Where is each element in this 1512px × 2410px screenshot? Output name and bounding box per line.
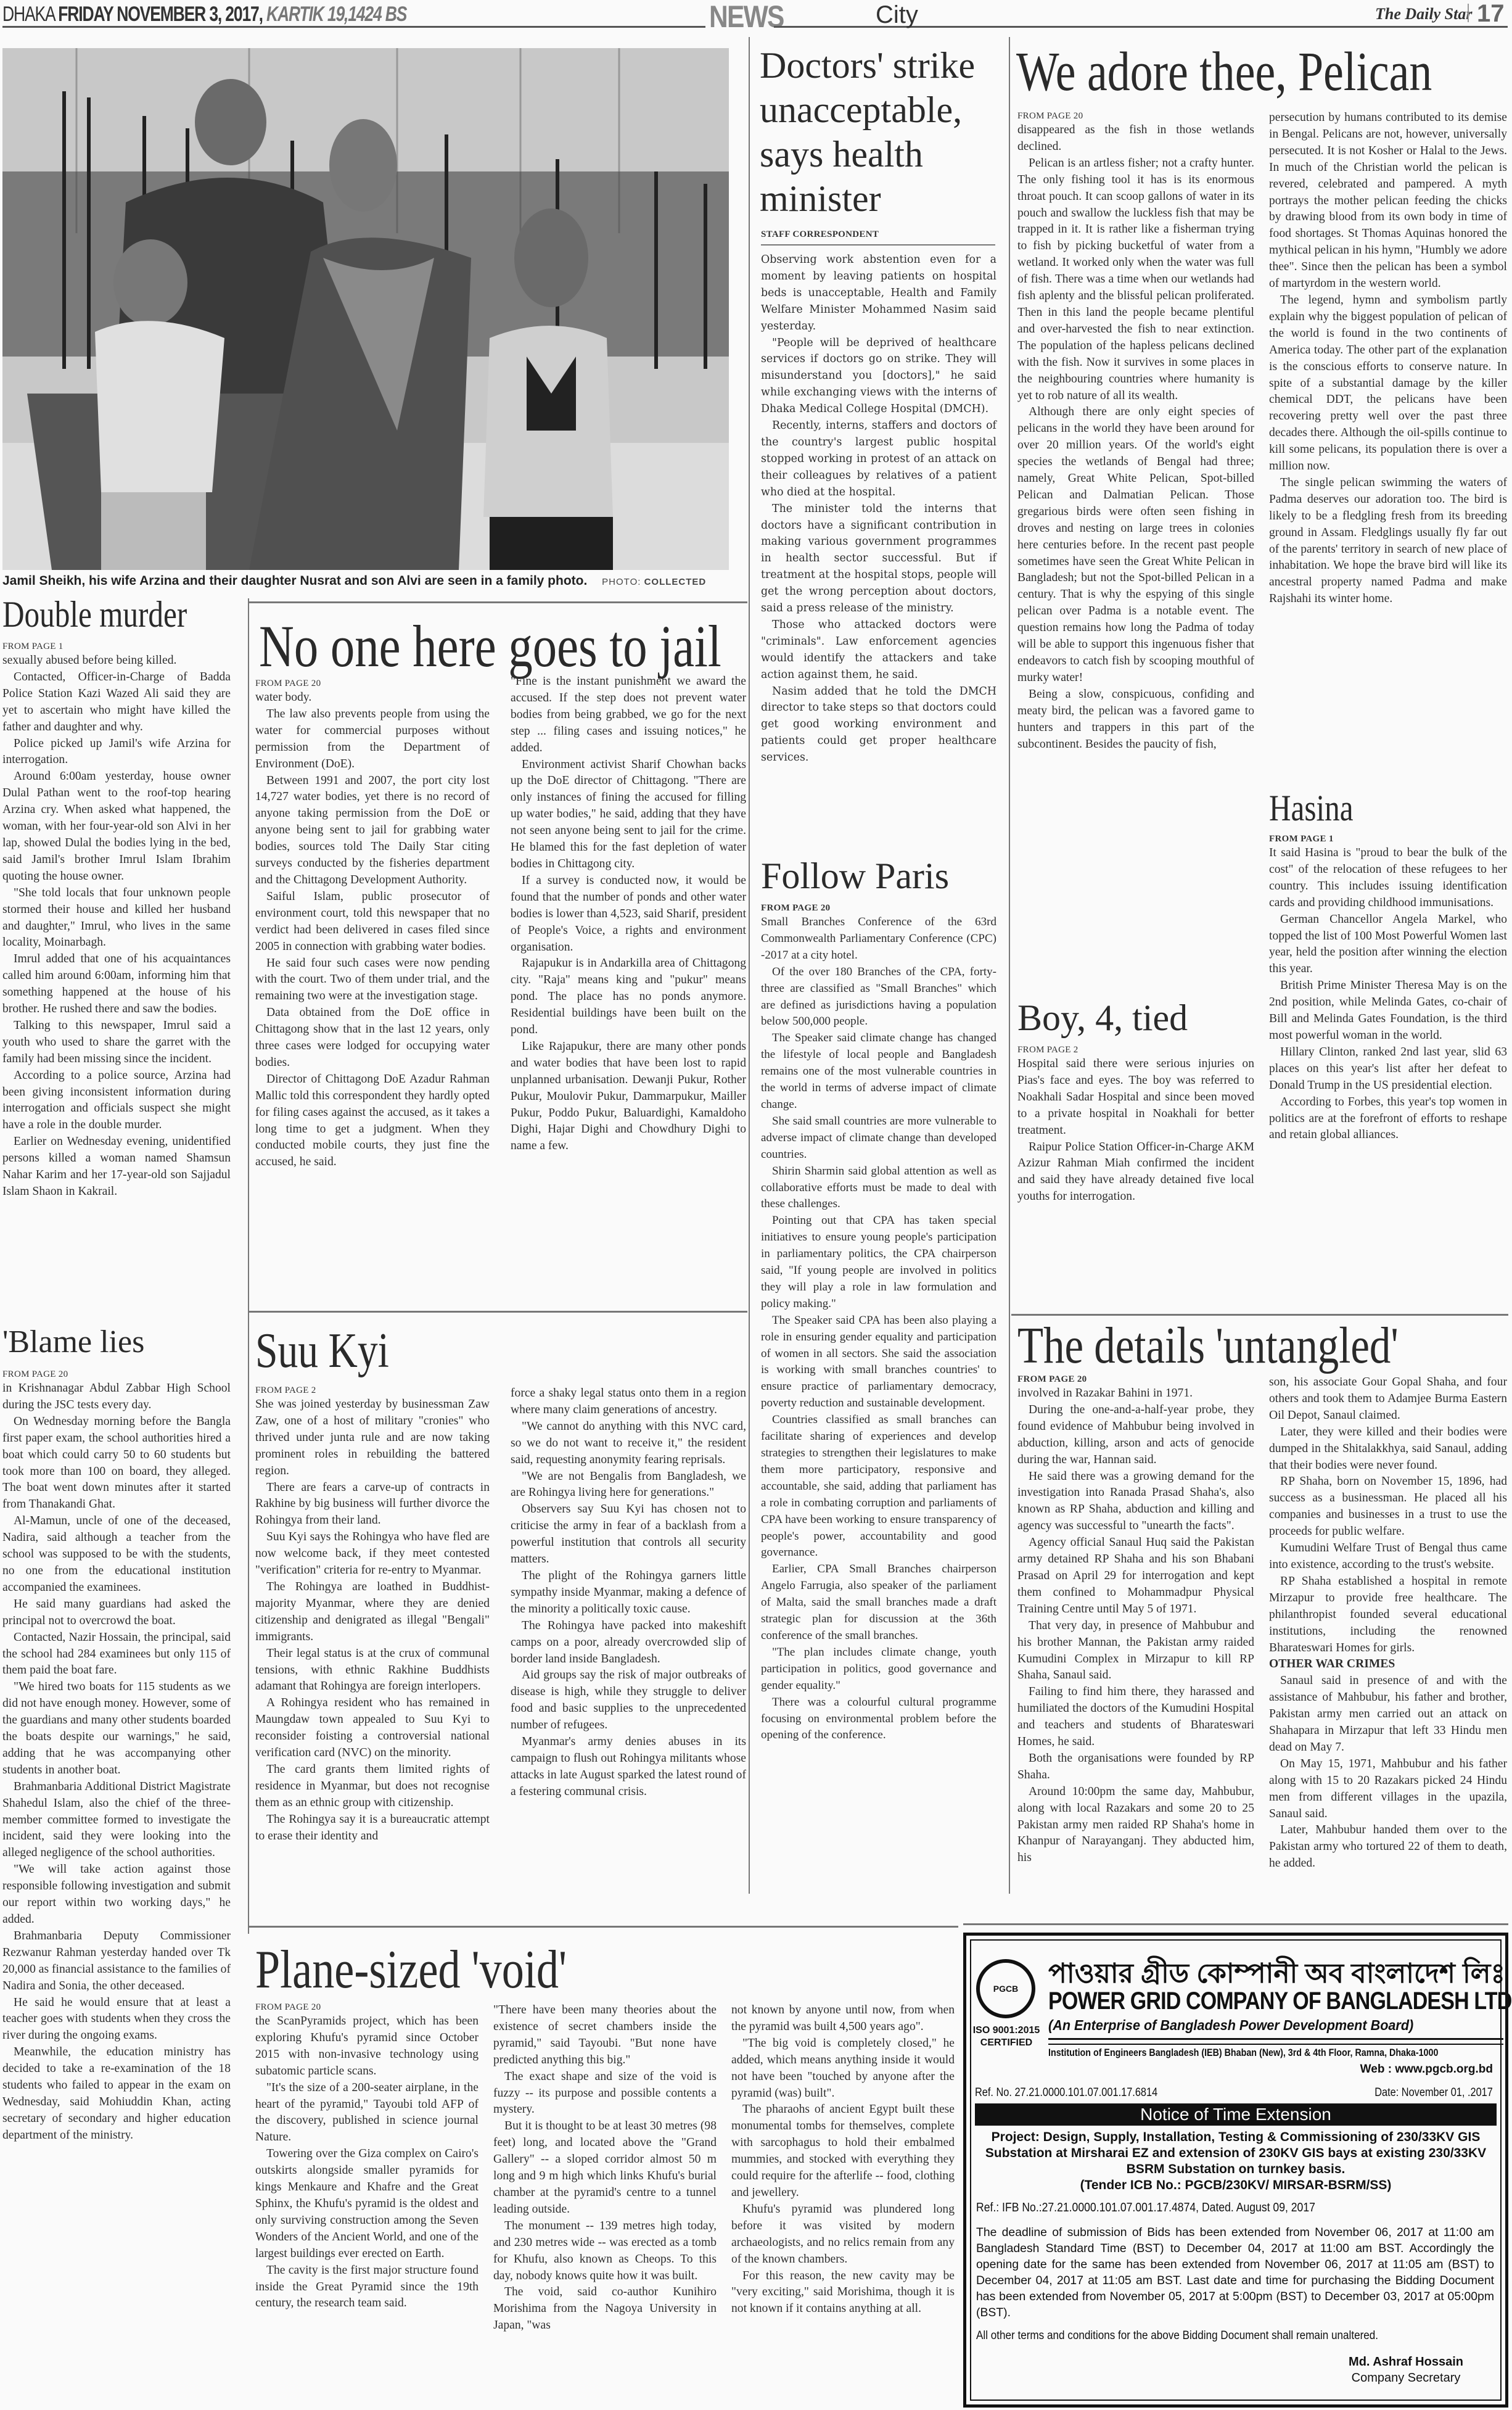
article-body-plane-void-col1: the ScanPyramids project, which has been… [255,2013,479,2312]
article-paragraph: He said many guardians had asked the pri… [2,1596,231,1630]
article-paragraph: He said there was a growing demand for t… [1017,1469,1254,1535]
article-paragraph: The legend, hymn and symbolism partly ex… [1269,292,1507,475]
article-paragraph: "We hired two boats for 115 students as … [2,1679,231,1778]
reference-number: Ref. No. 27.21.0000.101.07.001.17.6814 [975,2086,1157,2100]
iso-label: CERTIFIED [972,2037,1040,2049]
article-paragraph: There was a colourful cultural programme… [761,1694,996,1744]
notice-date: Date: November 01, .2017 [1374,2086,1493,2100]
headline-follow-paris: Follow Paris [761,857,949,894]
notice-body: The deadline of submission of Bids has b… [976,2224,1494,2321]
page-masthead: DHAKA FRIDAY NOVEMBER 3, 2017, KARTIK 19… [0,0,1512,30]
article-paragraph: The exact shape and size of the void is … [493,2069,717,2119]
article-paragraph: Khufu's pyramid was plundered long befor… [731,2202,955,2268]
kicker: FROM PAGE 20 [255,2002,321,2013]
article-paragraph: in Krishnanagar Abdul Zabbar High School… [2,1380,231,1414]
article-paragraph: The Rohingya are loathed in Buddhist-maj… [255,1579,490,1646]
kicker: FROM PAGE 20 [761,903,830,914]
project-description: Project: Design, Supply, Installation, T… [976,2129,1495,2193]
article-paragraph: "We cannot do anything with this NVC car… [511,1419,746,1469]
tender-number: (Tender ICB No.: PGCB/230KV/ MIRSAR-BSRM… [976,2177,1495,2193]
subsection-label: City [876,1,918,29]
article-body-plane-void-col2: "There have been many theories about the… [493,2002,717,2334]
article-paragraph: son, his associate Gour Gopal Shaha, and… [1269,1374,1507,1424]
article-paragraph: On May 15, 1971, Mahbubur and his father… [1269,1756,1507,1823]
article-paragraph: "We will take action against those respo… [2,1862,231,1928]
divider [1468,4,1469,22]
article-paragraph: Like Rajapukur, there are many other pon… [511,1039,746,1155]
article-paragraph: Hillary Clinton, ranked 2nd last year, s… [1269,1044,1507,1094]
article-paragraph: "Fine is the instant punishment we award… [511,674,746,757]
column-rule [1009,37,1010,1894]
article-paragraph: Saiful Islam, public prosecutor of envir… [255,889,490,955]
article-paragraph: The law also prevents people from using … [255,706,490,773]
article-paragraph: The Speaker said CPA has been also playi… [761,1313,996,1412]
article-paragraph: "There have been many theories about the… [493,2002,717,2069]
article-body-suu-kyi-col1: She was joined yesterday by businessman … [255,1397,490,1844]
article-paragraph: Imrul added that one of his acquaintance… [2,951,231,1018]
article-paragraph: Shirin Sharmin said global attention as … [761,1163,996,1213]
article-paragraph: Brahmanbaria Additional District Magistr… [2,1779,231,1862]
company-website: Web : www.pgcb.org.bd [1360,2063,1493,2076]
article-paragraph: On Wednesday morning before the Bangla f… [2,1414,231,1513]
dateline: DHAKA FRIDAY NOVEMBER 3, 2017, KARTIK 19… [2,2,406,27]
article-paragraph: sexually abused before being killed. [2,653,231,669]
article-paragraph: She said small countries are more vulner… [761,1113,996,1163]
article-paragraph: the ScanPyramids project, which has been… [255,2013,479,2080]
article-paragraph: Aid groups say the risk of major outbrea… [511,1667,746,1734]
photo-credit: PHOTO: COLLECTED [602,577,706,587]
article-paragraph: Those who attacked doctors were "crimina… [761,617,996,683]
article-paragraph: "She told locals that four unknown peopl… [2,885,231,952]
article-paragraph: The Rohingya say it is a bureaucratic at… [255,1812,490,1845]
headline-double-murder: Double murder [2,596,187,633]
article-paragraph: The card grants them limited rights of r… [255,1762,490,1812]
article-paragraph: Of the over 180 Branches of the CPA, for… [761,964,996,1031]
kicker: FROM PAGE 2 [255,1385,316,1396]
article-paragraph: Being a slow, conspicuous, confiding and… [1017,687,1254,753]
article-paragraph: Meanwhile, the education ministry has de… [2,2044,231,2144]
signatory-title: Company Secretary [1352,2371,1461,2385]
article-paragraph: "People will be deprived of healthcare s… [761,335,996,418]
article-paragraph: The monument -- 139 metres high today, a… [493,2218,717,2285]
section-label: NEWS [709,0,784,35]
article-paragraph: persecution by humans contributed to its… [1269,110,1507,292]
article-paragraph: It said Hasina is "proud to bear the bul… [1269,845,1507,912]
iso-number: ISO 9001:2015 [972,2024,1040,2037]
article-paragraph: involved in Razakar Bahini in 1971. [1017,1385,1254,1402]
section-rule [1011,1314,1508,1316]
article-paragraph: Later, they were killed and their bodies… [1269,1424,1507,1474]
photo-caption: Jamil Sheikh, his wife Arzina and their … [2,574,730,588]
article-paragraph: Their legal status is at the crux of com… [255,1646,490,1696]
kicker: FROM PAGE 1 [1269,834,1334,844]
article-body-suu-kyi-col2: force a shaky legal status onto them in … [511,1385,746,1801]
article-paragraph: He said four such cases were now pending… [255,955,490,1005]
headline-pelican: We adore thee, Pelican [1016,44,1432,100]
article-paragraph: RP Shaha, born on November 15, 1896, had… [1269,1474,1507,1540]
photo-credit-label: PHOTO: [602,577,641,587]
kicker: FROM PAGE 20 [1017,111,1083,122]
article-paragraph: Nasim added that he told the DMCH direct… [761,683,996,767]
ad-inner-border: PGCB ISO 9001:2015 CERTIFIED পাওয়ার গ্র… [970,1939,1502,2401]
article-body-hasina: It said Hasina is "proud to bear the bul… [1269,845,1507,1144]
article-paragraph: Agency official Sanaul Huq said the Paki… [1017,1535,1254,1618]
headline-suu-kyi: Suu Kyi [255,1326,389,1376]
article-paragraph: disappeared as the fish in those wetland… [1017,122,1254,155]
article-paragraph: The minister told the interns that docto… [761,501,996,617]
article-paragraph: The cavity is the first major structure … [255,2263,479,2313]
article-paragraph: For this reason, the new cavity may be "… [731,2268,955,2318]
article-paragraph: Around 6:00am yesterday, house owner Dul… [2,769,231,885]
article-paragraph: Pelican is an artless fisher; not a craf… [1017,155,1254,405]
page-number: 17 [1477,0,1505,28]
article-body-blame-lies: in Krishnanagar Abdul Zabbar High School… [2,1380,231,2144]
article-paragraph: Observers say Suu Kyi has chosen not to … [511,1501,746,1568]
article-paragraph: Rajapukur is in Andarkilla area of Chitt… [511,955,746,1039]
company-address: Institution of Engineers Bangladesh (IEB… [1048,2047,1438,2059]
article-paragraph: Police picked up Jamil's wife Arzina for… [2,736,231,769]
kicker: FROM PAGE 20 [255,679,321,689]
article-paragraph: Recently, interns, staffers and doctors … [761,418,996,501]
article-paragraph: Talking to this newspaper, Imrul said a … [2,1018,231,1068]
article-paragraph: "The big void is completely closed," he … [731,2036,955,2102]
article-paragraph: Environment activist Sharif Chowhan back… [511,757,746,873]
article-paragraph: Countries classified as small branches c… [761,1412,996,1561]
article-paragraph: Hospital said there were serious injurie… [1017,1056,1254,1139]
headline-blame-lies: 'Blame lies [2,1326,144,1358]
article-paragraph: According to Forbes, this year's top wom… [1269,1094,1507,1144]
article-paragraph: Both the organisations were founded by R… [1017,1751,1254,1784]
article-paragraph: Observing work abstention even for a mom… [761,252,996,335]
article-paragraph: RP Shaha established a hospital in remot… [1269,1574,1507,1657]
article-paragraph: The single pelican swimming the waters o… [1269,475,1507,608]
dateline-city: DHAKA [2,2,54,26]
family-photo [2,48,729,570]
kicker: FROM PAGE 20 [1017,1374,1087,1385]
article-paragraph: There are fears a carve-up of contracts … [255,1480,490,1530]
article-paragraph: If a survey is conducted now, it would b… [511,873,746,956]
article-paragraph: Earlier, CPA Small Branches chairperson … [761,1561,996,1644]
kicker: FROM PAGE 2 [1017,1045,1079,1055]
article-paragraph: The plight of the Rohingya garners littl… [511,1568,746,1618]
article-body-details-col1: involved in Razakar Bahini in 1971.Durin… [1017,1385,1254,1867]
headline-hasina: Hasina [1269,790,1354,827]
dateline-date: FRIDAY NOVEMBER 3, 2017, [58,2,263,26]
article-body-pelican-col1: disappeared as the fish in those wetland… [1017,122,1254,753]
article-paragraph: Director of Chittagong DoE Azadur Rahman… [255,1071,490,1171]
article-paragraph: Between 1991 and 2007, the port city los… [255,773,490,889]
article-paragraph: "The plan includes climate change, youth… [761,1644,996,1694]
article-paragraph: German Chancellor Angela Markel, who top… [1269,912,1507,978]
article-paragraph: Data obtained from the DoE office in Chi… [255,1005,490,1071]
article-paragraph: water body. [255,690,490,706]
article-paragraph: Failing to find him there, they harassed… [1017,1684,1254,1751]
article-paragraph: Myanmar's army denies abuses in its camp… [511,1734,746,1801]
article-paragraph: Pointing out that CPA has taken special … [761,1213,996,1312]
headline-no-one-jail: No one here goes to jail [259,617,721,676]
article-paragraph: Raipur Police Station Officer-in-Charge … [1017,1139,1254,1206]
article-body-doctors-strike: Observing work abstention even for a mom… [761,252,996,766]
signature-block: Md. Ashraf Hossain Company Secretary [1349,2354,1463,2386]
ifb-reference: Ref.: IFB No.:27.21.0000.101.07.001.17.4… [976,2201,1315,2215]
article-paragraph: A Rohingya resident who has remained in … [255,1695,490,1762]
article-paragraph: Although there are only eight species of… [1017,404,1254,686]
paper-logo: The Daily Star [1375,5,1472,23]
article-body-pelican-col2: persecution by humans contributed to its… [1269,110,1507,608]
notice-title: Notice of Time Extension [975,2103,1497,2126]
photo-credit-value: COLLECTED [644,577,707,587]
section-rule [963,1923,1508,1925]
article-paragraph: Towering over the Giza complex on Cairo'… [255,2146,479,2262]
double-rule [1048,2038,1503,2045]
article-paragraph: That very day, in presence of Mahbubur a… [1017,1618,1254,1685]
article-paragraph: The void, said co-author Kunihiro Morish… [493,2284,717,2334]
article-body-details-col2: son, his associate Gour Gopal Shaha, and… [1269,1374,1507,1872]
headline-plane-void: Plane-sized 'void' [255,1943,567,1997]
article-paragraph: The Rohingya have packed into makeshift … [511,1618,746,1668]
article-paragraph: force a shaky legal status onto them in … [511,1385,746,1419]
article-paragraph: Contacted, Officer-in-Charge of Badda Po… [2,669,231,736]
article-paragraph: Kumudini Welfare Trust of Bengal thus ca… [1269,1540,1507,1574]
section-rule [249,1311,747,1313]
article-body-plane-void-col3: not known by anyone until now, from when… [731,2002,955,2317]
article-body-boy-tied: Hospital said there were serious injurie… [1017,1056,1254,1205]
article-paragraph: Around 10:00pm the same day, Mahbubur, a… [1017,1784,1254,1867]
project-text: Project: Design, Supply, Installation, T… [976,2129,1495,2177]
pgcb-advertisement: PGCB ISO 9001:2015 CERTIFIED পাওয়ার গ্র… [963,1933,1508,2408]
article-paragraph: Earlier on Wednesday evening, unidentifi… [2,1134,231,1200]
article-paragraph: During the one-and-a-half-year probe, th… [1017,1402,1254,1469]
section-rule [249,1926,958,1928]
article-paragraph: Later, Mahbubur handed them over to the … [1269,1822,1507,1872]
headline-boy-tied: Boy, 4, tied [1017,999,1188,1036]
article-paragraph: OTHER WAR CRIMES [1269,1656,1507,1673]
iso-certification: ISO 9001:2015 CERTIFIED [972,2024,1040,2049]
article-paragraph: British Prime Minister Theresa May is on… [1269,978,1507,1044]
article-paragraph: The Speaker said climate change has chan… [761,1030,996,1113]
photo-caption-text: Jamil Sheikh, his wife Arzina and their … [2,574,587,588]
logo-text: PGCB [993,1984,1018,1994]
article-paragraph: Brahmanbaria Deputy Commissioner Rezwanu… [2,1928,231,1995]
article-body-no-one-jail-col1: water body.The law also prevents people … [255,690,490,1171]
article-paragraph: The pharaohs of ancient Egypt built thes… [731,2102,955,2201]
company-subtitle: (An Enterprise of Bangladesh Power Devel… [1048,2017,1413,2034]
article-paragraph: Small Branches Conference of the 63rd Co… [761,914,996,964]
headline-doctors-strike: Doctors' strike unacceptable, says healt… [760,43,994,221]
article-body-no-one-jail-col2: "Fine is the instant punishment we award… [511,674,746,1155]
column-rule [248,598,249,1934]
article-paragraph: "It's the size of a 200-seater airplane,… [255,2080,479,2147]
article-body-follow-paris: Small Branches Conference of the 63rd Co… [761,914,996,1744]
byline: STAFF CORRESPONDENT [761,229,879,240]
company-name: POWER GRID COMPANY OF BANGLADESH LTD. [1048,1987,1512,2015]
terms-statement: All other terms and conditions for the a… [976,2329,1378,2343]
masthead-rule [2,26,705,28]
dateline-bangla-date: KARTIK 19,1424 BS [266,2,406,26]
article-paragraph: He said he would ensure that at least a … [2,1995,231,2045]
article-body-double-murder: sexually abused before being killed.Cont… [2,653,231,1200]
signatory-name: Md. Ashraf Hossain [1349,2354,1463,2370]
article-paragraph: Al-Mamun, uncle of one of the deceased, … [2,1513,231,1596]
article-paragraph: Suu Kyi says the Rohingya who have fled … [255,1529,490,1579]
column-rule [749,37,750,1894]
article-paragraph: She was joined yesterday by businessman … [255,1397,490,1480]
article-paragraph: "We are not Bengalis from Bangladesh, we… [511,1469,746,1502]
article-paragraph: Contacted, Nazir Hossain, the principal,… [2,1630,231,1680]
byline-rule [761,244,995,246]
article-paragraph: not known by anyone until now, from when… [731,2002,955,2036]
section-rule [249,601,747,603]
article-paragraph: But it is thought to be at least 30 metr… [493,2118,717,2218]
headline-details-untangled: The details 'untangled' [1017,1320,1399,1372]
article-paragraph: Sanaul said in presence of and with the … [1269,1673,1507,1756]
family-photo-image-icon [2,48,729,570]
kicker: FROM PAGE 20 [2,1369,68,1380]
article-paragraph: According to a police source, Arzina had… [2,1068,231,1134]
kicker: FROM PAGE 1 [2,642,64,652]
pgcb-logo-icon: PGCB [976,1959,1035,2018]
